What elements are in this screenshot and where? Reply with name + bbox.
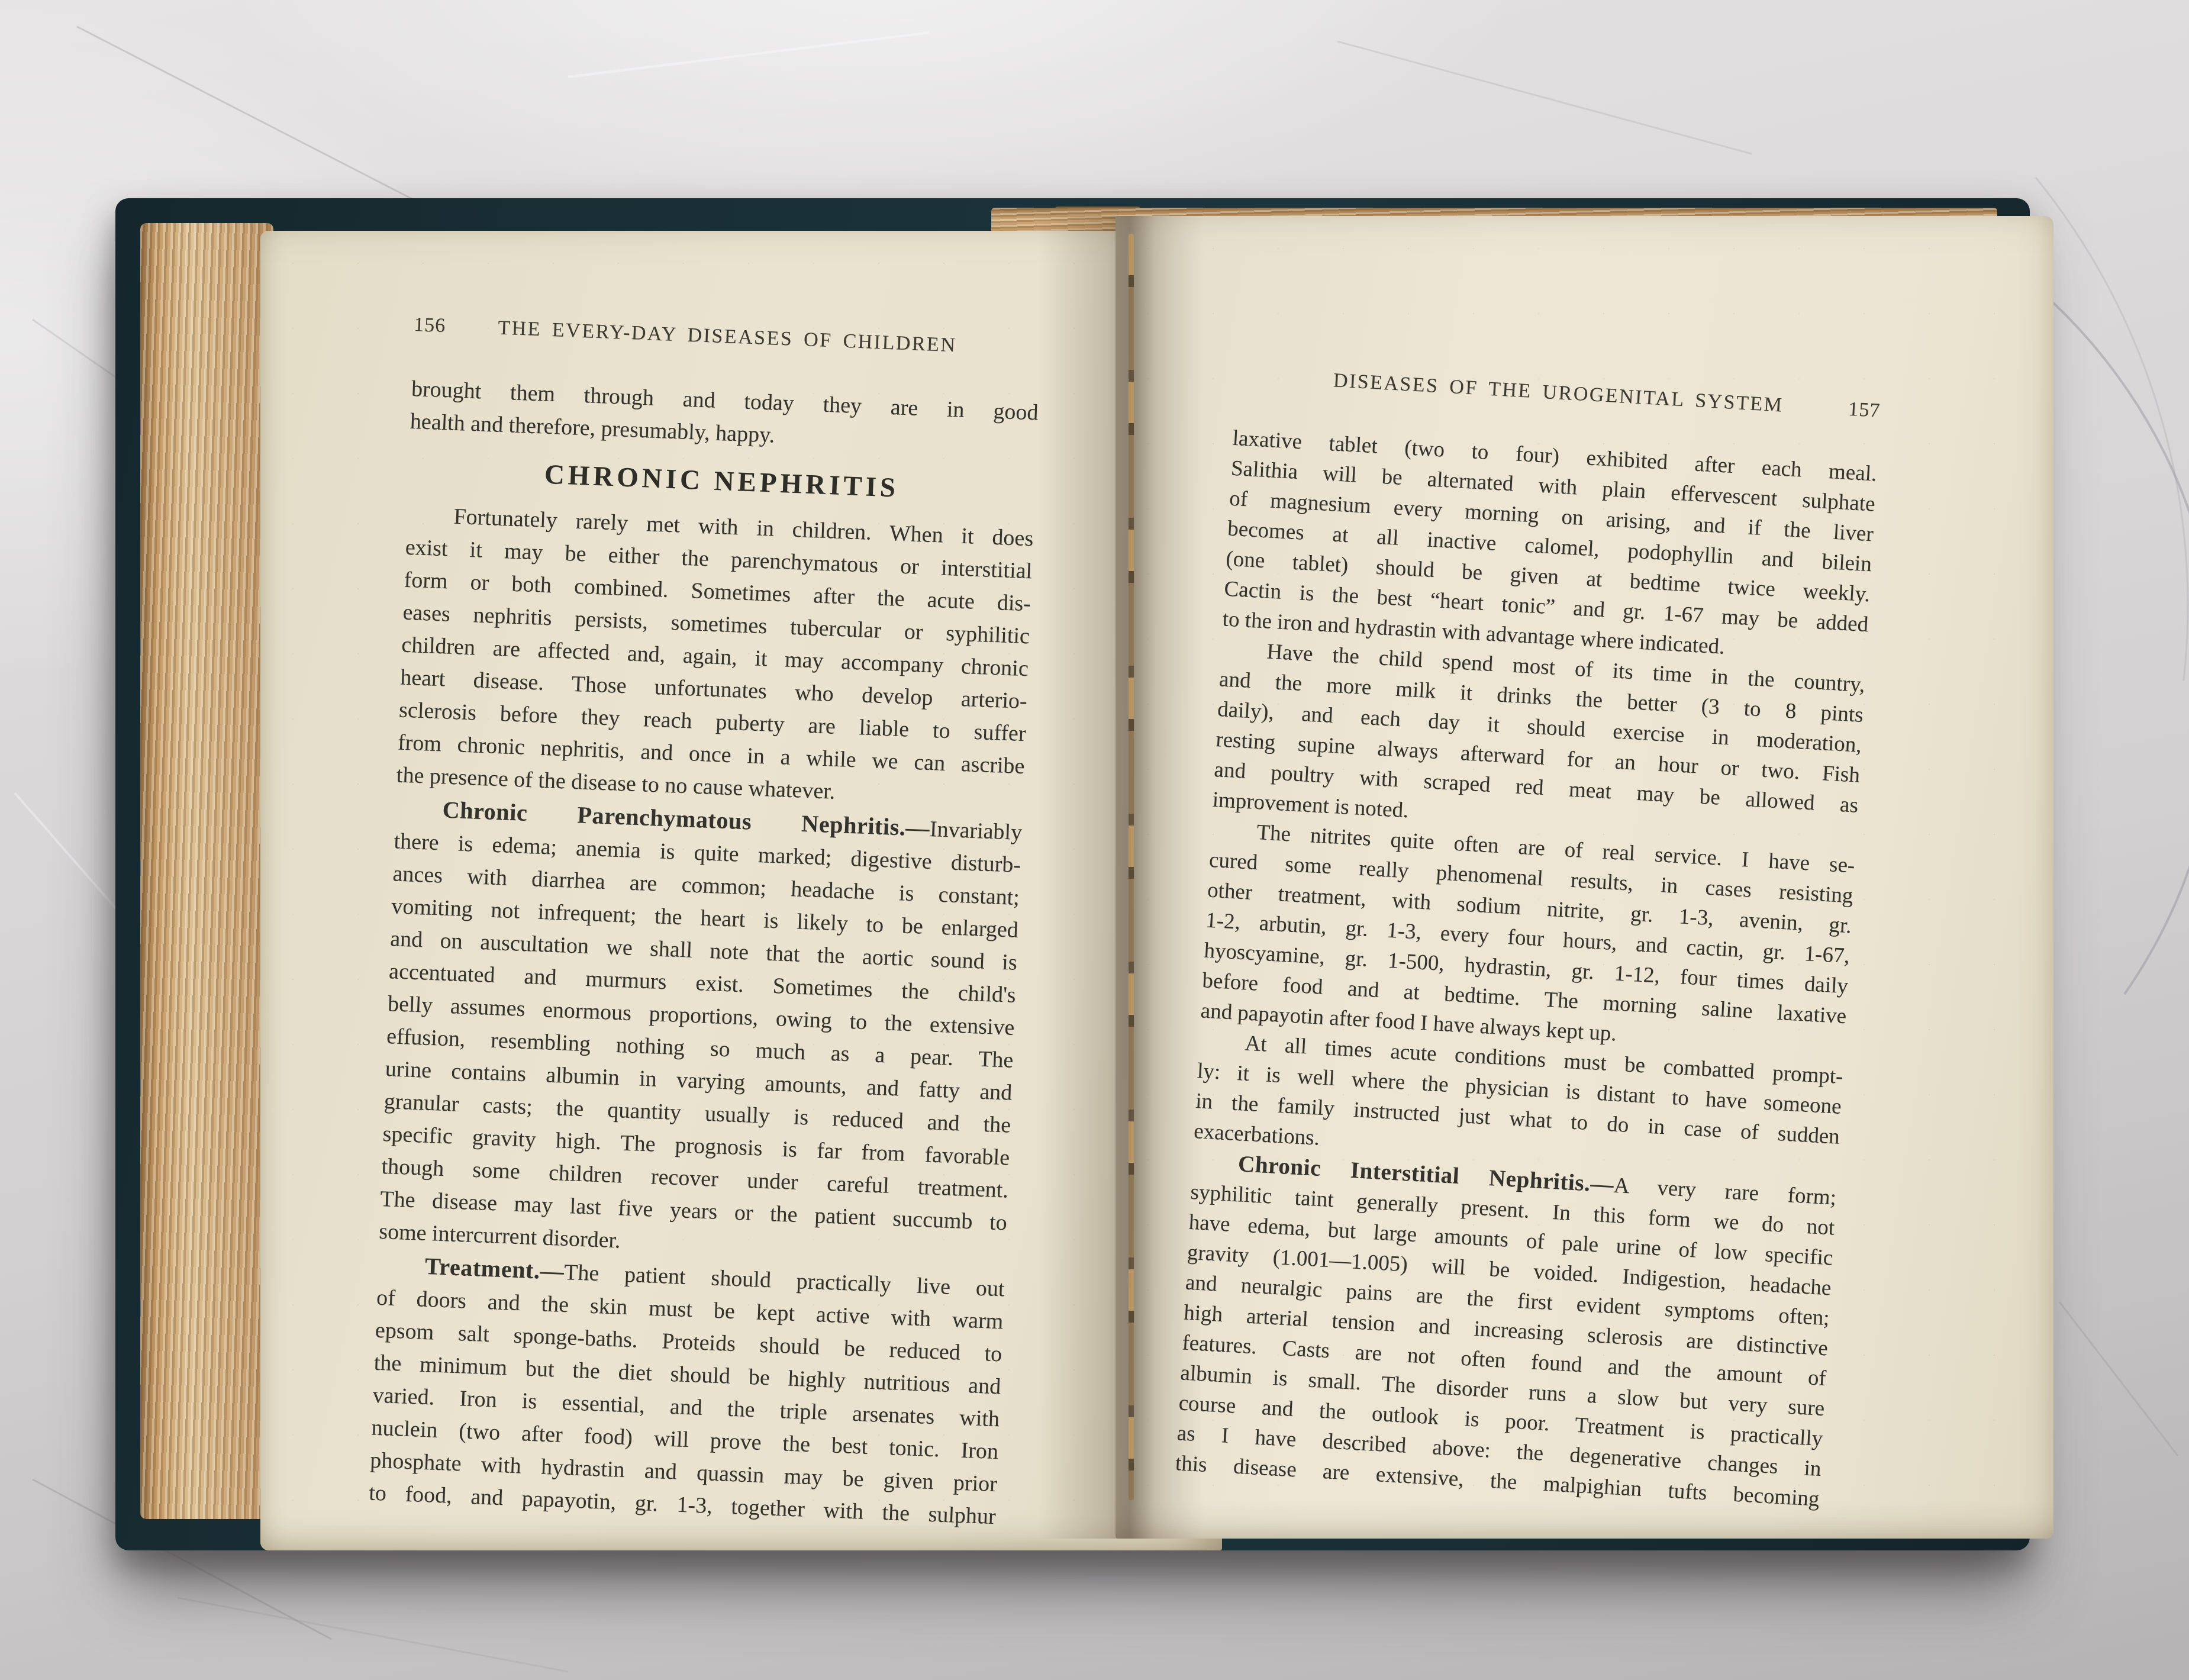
paragraph: laxative tablet (two to four) exhibited … (1221, 423, 1877, 670)
left-running-title: THE EVERY-DAY DISEASES OF CHILDREN (498, 317, 957, 357)
paragraph: Have the child spend most of its time in… (1211, 634, 1865, 850)
right-page: DISEASES OF THE UROGENITAL SYSTEM 157 la… (1116, 216, 2053, 1539)
left-page-text: brought them through and today they are … (368, 373, 1039, 1533)
left-page-number: 156 (414, 314, 446, 337)
paragraph: Chronic Parenchymatous Nephritis.—Invari… (378, 791, 1023, 1272)
right-page-header: DISEASES OF THE UROGENITAL SYSTEM 157 (1236, 364, 1881, 423)
paragraph: Treatment.—The patient should practicall… (368, 1248, 1005, 1533)
paragraph: brought them through and today they are … (410, 373, 1039, 462)
section-heading: CHRONIC NEPHRITIS (408, 453, 1036, 510)
right-page-text: laxative tablet (two to four) exhibited … (1175, 423, 1878, 1514)
left-page-header: 156 THE EVERY-DAY DISEASES OF CHILDREN (414, 314, 1042, 360)
right-running-title: DISEASES OF THE UROGENITAL SYSTEM (1333, 369, 1784, 417)
right-page-number: 157 (1848, 398, 1881, 423)
paragraph: The nitrites quite often are of real ser… (1200, 815, 1855, 1062)
photo-background: 156 THE EVERY-DAY DISEASES OF CHILDREN b… (0, 0, 2189, 1680)
book: 156 THE EVERY-DAY DISEASES OF CHILDREN b… (115, 198, 2030, 1550)
bold-lead: Treatment.— (424, 1253, 565, 1285)
paragraph: Fortunately rarely met with in children.… (396, 499, 1034, 815)
paragraph: Chronic Interstitial Nephritis.—A very r… (1175, 1146, 1837, 1514)
page-edges-left (140, 223, 273, 1519)
left-page: 156 THE EVERY-DAY DISEASES OF CHILDREN b… (260, 231, 1222, 1550)
